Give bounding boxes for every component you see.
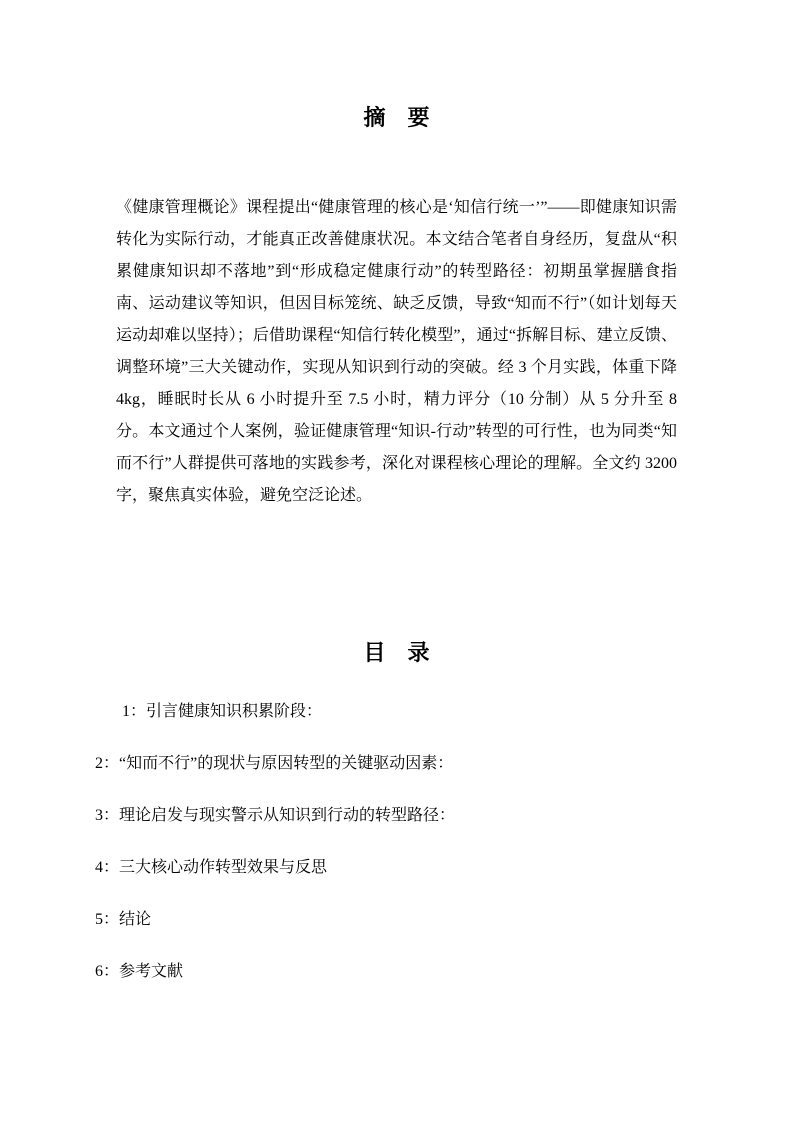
toc-item-6: 6：参考文献 (95, 963, 703, 980)
toc-item-2: 2：“知而不行”的现状与原因转型的关键驱动因素： (95, 755, 703, 772)
toc-item-5: 5：结论 (95, 911, 703, 928)
document-page: 摘 要 《健康管理概论》课程提出“健康管理的核心是‘知信行统一’”——即健康知识… (0, 0, 793, 1122)
toc-item-4: 4：三大核心动作转型效果与反思 (95, 859, 703, 876)
abstract-title: 摘 要 (0, 105, 793, 131)
toc-item-1: 1：引言健康知识积累阶段： (95, 703, 703, 720)
toc-title: 目 录 (0, 640, 793, 666)
toc-list: 1：引言健康知识积累阶段： 2：“知而不行”的现状与原因转型的关键驱动因素： 3… (95, 703, 703, 1015)
toc-item-3: 3：理论启发与现实警示从知识到行动的转型路径： (95, 807, 703, 824)
abstract-body: 《健康管理概论》课程提出“健康管理的核心是‘知信行统一’”——即健康知识需转化为… (116, 192, 677, 512)
